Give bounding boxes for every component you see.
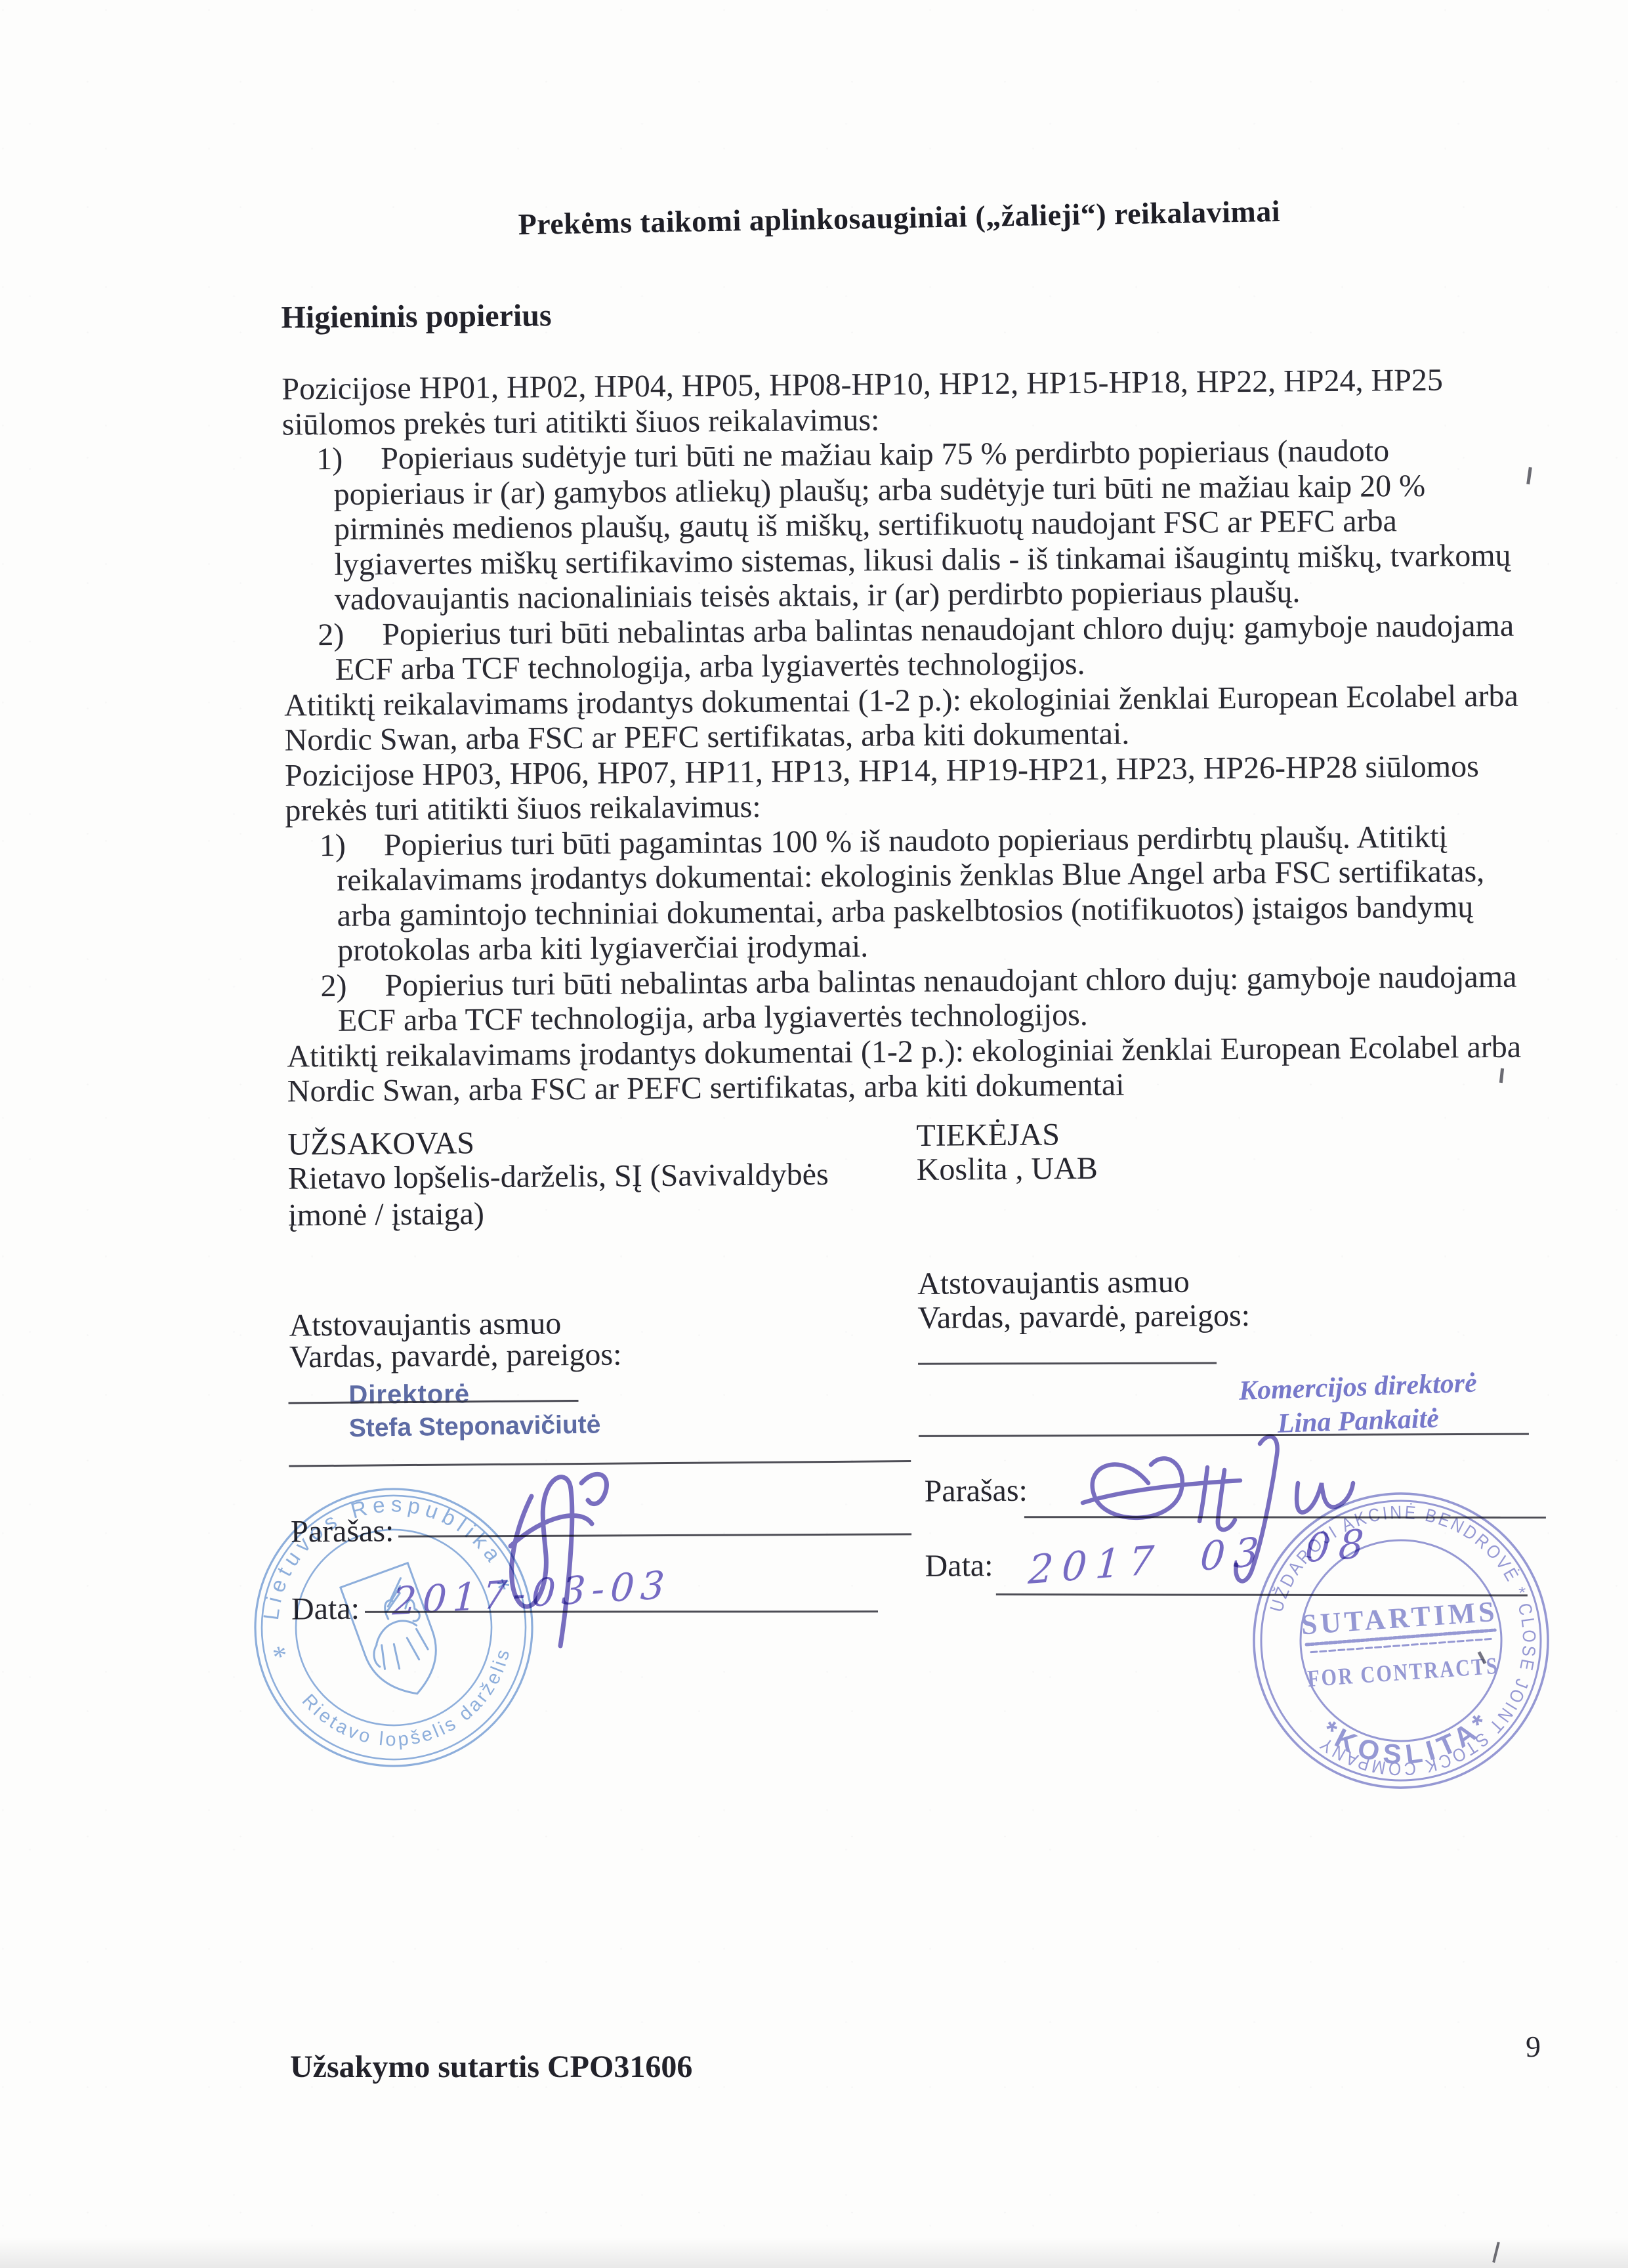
- requirements-2-item-2: 2) Popierius turi būti nebalintas arba b…: [286, 959, 1531, 1039]
- list-item-text: Popierius turi būti pagamintas 100 % iš …: [337, 818, 1531, 968]
- requirements-2-evidence-note: Atitiktį reikalavimams įrodantys dokumen…: [287, 1029, 1532, 1109]
- list-item-text: Popierius turi būti nebalintas arba bali…: [335, 608, 1528, 687]
- list-marker: 1): [316, 442, 362, 477]
- section-heading: Higieninis popierius: [281, 297, 552, 335]
- supplier-name: Koslita , UAB: [917, 1147, 1507, 1188]
- list-marker: 2): [320, 968, 366, 1003]
- list-marker: 1): [320, 828, 365, 863]
- list-item-text: Popierius turi būti nebalintas arba bali…: [337, 959, 1531, 1038]
- document-content: Prekėms taikomi aplinkosauginiai („žalie…: [0, 0, 1628, 2268]
- supplier-seal-center-line-1: SUTARTIMS: [1300, 1595, 1499, 1641]
- supplier-signature-label: Parašas:: [924, 1473, 1028, 1509]
- customer-representative-subheading: Vardas, pavardė, pareigos:: [289, 1336, 622, 1375]
- coat-of-arms-icon: [341, 1563, 451, 1706]
- supplier-representative-subheading: Vardas, pavardė, pareigos:: [917, 1297, 1250, 1337]
- customer-position-stamp: Direktorė: [348, 1379, 470, 1410]
- supplier-role-label: TIEKĖJAS: [916, 1116, 1060, 1154]
- list-marker: 2): [318, 617, 364, 652]
- requirements-2-intro: Pozicijose HP03, HP06, HP07, HP11, HP13,…: [285, 748, 1530, 828]
- scanned-document-page: Prekėms taikomi aplinkosauginiai („žalie…: [0, 0, 1628, 2268]
- requirements-1-evidence-note: Atitiktį reikalavimams įrodantys dokumen…: [284, 678, 1529, 758]
- customer-name: Rietavo lopšelis-darželis, SĮ (Savivaldy…: [288, 1156, 886, 1234]
- star-icon: *: [270, 1639, 291, 1673]
- requirements-2-item-1: 1) Popierius turi būti pagamintas 100 % …: [285, 818, 1531, 969]
- customer-role-label: UŽSAKOVAS: [287, 1125, 474, 1162]
- contract-reference: Užsakymo sutartis CPO31606: [290, 2049, 692, 2085]
- supplier-signature: [1043, 1404, 1437, 1601]
- requirements-1-item-2: 2) Popierius turi būti nebalintas arba b…: [283, 608, 1528, 688]
- requirements-1-intro: Pozicijose HP01, HP02, HP04, HP05, HP08-…: [282, 362, 1526, 442]
- supplier-position-line: [918, 1362, 1217, 1365]
- supplier-date-label: Data:: [925, 1547, 993, 1584]
- supplier-representative-heading: Atstovaujantis asmuo: [917, 1264, 1190, 1303]
- list-item-text: Popieriaus sudėtyje turi būti ne mažiau …: [333, 432, 1528, 618]
- document-title: Prekėms taikomi aplinkosauginiai („žalie…: [272, 189, 1526, 245]
- page-number: 9: [1526, 2029, 1541, 2064]
- supplier-seal-center-line-2: FOR CONTRACTS: [1306, 1652, 1499, 1692]
- customer-signature: [453, 1437, 768, 1660]
- requirements-1-item-1: 1) Popieriaus sudėtyje turi būti ne maži…: [282, 432, 1528, 618]
- requirements-text: Pozicijose HP01, HP02, HP04, HP05, HP08-…: [282, 362, 1532, 1109]
